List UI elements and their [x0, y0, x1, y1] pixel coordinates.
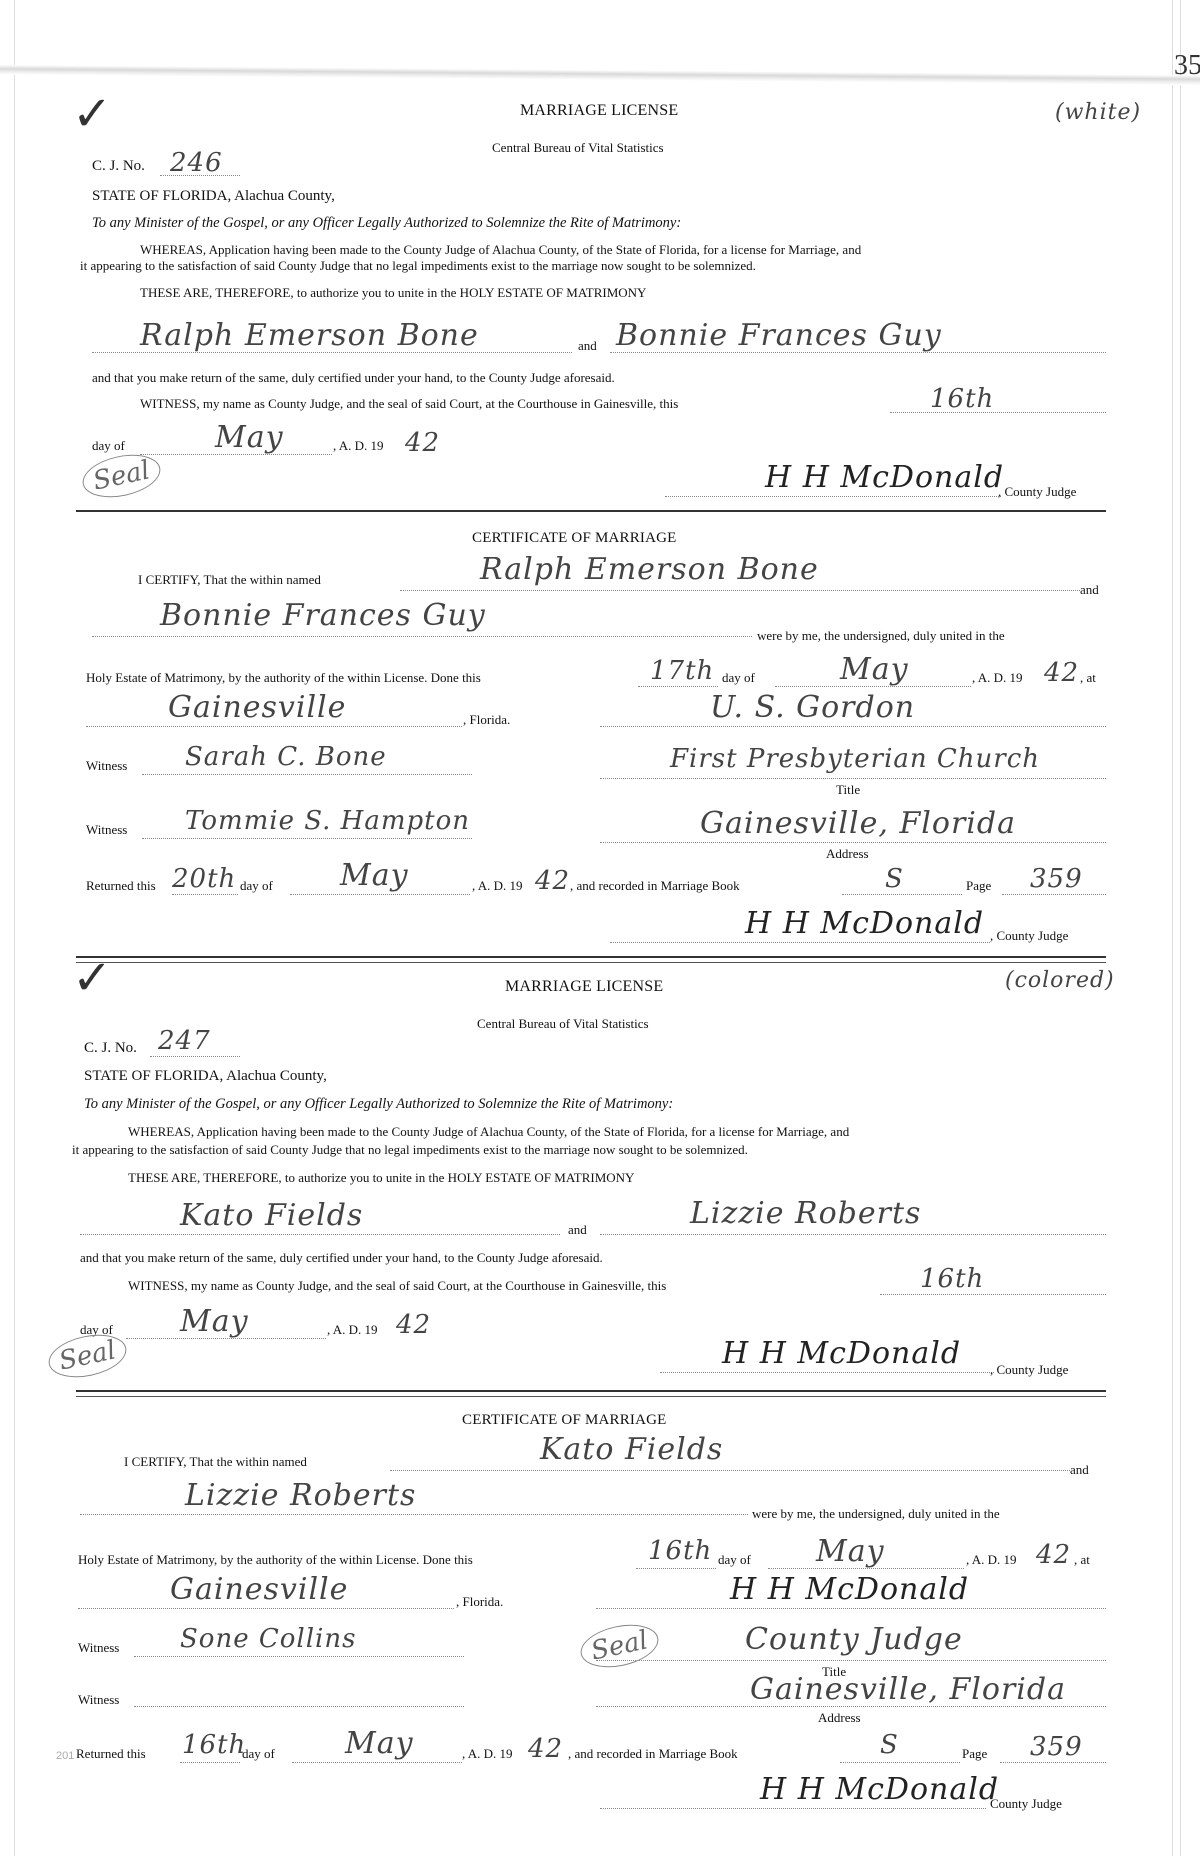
officiant-name: U. S. Gordon	[710, 690, 915, 725]
witness-1-name: Sarah C. Bone	[185, 742, 387, 772]
cert-month: May	[840, 652, 909, 687]
address-label: Address	[818, 1710, 861, 1726]
recorded-label: , and recorded in Marriage Book	[568, 1746, 738, 1762]
checkmark-icon: ✓	[72, 86, 112, 142]
witness-line: WITNESS, my name as County Judge, and th…	[140, 396, 678, 412]
page-label: Page	[966, 878, 991, 894]
divider	[76, 1396, 1106, 1397]
returned-label: Returned this	[76, 1746, 146, 1762]
watermark-text: 201	[56, 1750, 74, 1762]
seal-mark: Seal	[79, 448, 165, 504]
license-bride-name: Bonnie Frances Guy	[616, 318, 942, 353]
certificate-title: CERTIFICATE OF MARRIAGE	[462, 1412, 667, 1429]
scan-margin-line	[1172, 0, 1173, 1856]
witness-label: Witness	[86, 822, 127, 838]
county-judge-label: , County Judge	[998, 484, 1076, 500]
day-of-label: day of	[240, 878, 273, 894]
checkmark-icon: ✓	[72, 950, 112, 1006]
license-year: 42	[396, 1310, 431, 1340]
cert-month: May	[816, 1534, 885, 1569]
record-divider	[76, 962, 1106, 963]
page-label: Page	[962, 1746, 987, 1762]
cj-label: C. J. No.	[84, 1040, 137, 1057]
seal-mark: Seal	[45, 1328, 131, 1384]
day-of-label: day of	[242, 1746, 275, 1762]
officiant-address: Gainesville, Florida	[700, 806, 1016, 841]
returned-label: Returned this	[86, 878, 156, 894]
witness-1-name: Sone Collins	[180, 1624, 356, 1654]
license-year: 42	[405, 428, 440, 458]
and-label: and	[568, 1222, 587, 1238]
page-number: 35	[1174, 50, 1200, 82]
license-title: MARRIAGE LICENSE	[505, 978, 663, 996]
license-day: 16th	[930, 384, 994, 414]
returned-month: May	[345, 1726, 414, 1761]
cj-number: 246	[170, 148, 223, 178]
state-line: STATE OF FLORIDA, Alachua County,	[84, 1068, 327, 1085]
done-day: 16th	[648, 1536, 712, 1566]
officiant-title: First Presbyterian Church	[670, 744, 1040, 774]
and-label: and	[578, 338, 597, 354]
witness-2-name: Tommie S. Hampton	[185, 806, 470, 836]
scan-margin-line	[1180, 0, 1181, 1856]
judge-signature: H H McDonald	[760, 1772, 999, 1807]
witness-label: Witness	[78, 1640, 119, 1656]
cj-label: C. J. No.	[92, 158, 145, 175]
cert-bride-name: Lizzie Roberts	[185, 1478, 416, 1513]
county-judge-label: , County Judge	[990, 1362, 1068, 1378]
license-title: MARRIAGE LICENSE	[520, 102, 678, 120]
recorded-label: , and recorded in Marriage Book	[570, 878, 740, 894]
race-note: (colored)	[1005, 968, 1115, 993]
marriage-book: S	[885, 864, 904, 894]
seal-mark: Seal	[577, 1618, 663, 1674]
county-judge-label: County Judge	[990, 1796, 1062, 1812]
witness-label: Witness	[86, 758, 127, 774]
cert-bride-name: Bonnie Frances Guy	[160, 598, 486, 633]
returned-year: 42	[535, 866, 570, 896]
title-label: Title	[836, 782, 860, 798]
scan-fold-band	[0, 65, 1200, 85]
certify-label: I CERTIFY, That the within named	[138, 572, 321, 588]
scan-margin-line	[14, 0, 15, 1856]
county-judge-label: , County Judge	[990, 928, 1068, 944]
judge-signature: H H McDonald	[722, 1336, 961, 1371]
and-label: and	[1080, 582, 1099, 598]
ad-label: , A. D. 19	[333, 438, 384, 454]
license-month: May	[215, 420, 284, 455]
holy-estate-label: Holy Estate of Matrimony, by the authori…	[78, 1552, 473, 1568]
address-line: To any Minister of the Gospel, or any Of…	[92, 215, 681, 232]
returned-month: May	[340, 858, 409, 893]
day-of-label: day of	[722, 670, 755, 686]
cert-year: 42	[1044, 658, 1079, 688]
certify-label: I CERTIFY, That the within named	[124, 1454, 307, 1470]
whereas-line-1: WHEREAS, Application having been made to…	[140, 242, 861, 258]
cert-groom-name: Kato Fields	[540, 1432, 723, 1467]
cert-place: Gainesville	[170, 1572, 348, 1607]
at-label: , at	[1080, 670, 1096, 686]
these-are-line: THESE ARE, THEREFORE, to authorize you t…	[140, 285, 646, 301]
day-of-label: day of	[718, 1552, 751, 1568]
whereas-line-2: it appearing to the satisfaction of said…	[72, 1142, 748, 1158]
license-subtitle: Central Bureau of Vital Statistics	[492, 140, 664, 156]
and-label: and	[1070, 1462, 1089, 1478]
done-day: 17th	[650, 656, 714, 686]
whereas-line-2: it appearing to the satisfaction of said…	[80, 258, 756, 274]
ad-label: , A. D. 19	[966, 1552, 1017, 1568]
book-page: 359	[1030, 864, 1083, 894]
divider	[76, 510, 1106, 512]
returned-day: 16th	[182, 1730, 246, 1760]
florida-label: , Florida.	[456, 1594, 503, 1610]
record-divider	[76, 956, 1106, 958]
ad-label: , A. D. 19	[972, 670, 1023, 686]
ad-label: , A. D. 19	[462, 1746, 513, 1762]
day-of-label: day of	[92, 438, 125, 454]
florida-label: , Florida.	[463, 712, 510, 728]
returned-day: 20th	[172, 864, 236, 894]
race-note: (white)	[1055, 100, 1141, 125]
ad-label: , A. D. 19	[327, 1322, 378, 1338]
certificate-title: CERTIFICATE OF MARRIAGE	[472, 530, 677, 547]
officiant-title: County Judge	[745, 1622, 963, 1657]
united-label: were by me, the undersigned, duly united…	[757, 628, 1005, 644]
license-month: May	[180, 1304, 249, 1339]
license-groom-name: Kato Fields	[180, 1198, 363, 1233]
holy-estate-label: Holy Estate of Matrimony, by the authori…	[86, 670, 481, 686]
at-label: , at	[1074, 1552, 1090, 1568]
judge-signature: H H McDonald	[745, 906, 984, 941]
cert-place: Gainesville	[168, 690, 346, 725]
cert-groom-name: Ralph Emerson Bone	[480, 552, 819, 587]
license-subtitle: Central Bureau of Vital Statistics	[477, 1016, 649, 1032]
judge-signature: H H McDonald	[765, 460, 1004, 495]
cert-year: 42	[1036, 1540, 1071, 1570]
address-line: To any Minister of the Gospel, or any Of…	[84, 1096, 673, 1113]
return-line: and that you make return of the same, du…	[92, 370, 615, 386]
witness-label: Witness	[78, 1692, 119, 1708]
ad-label: , A. D. 19	[472, 878, 523, 894]
witness-line: WITNESS, my name as County Judge, and th…	[128, 1278, 666, 1294]
returned-year: 42	[528, 1734, 563, 1764]
license-groom-name: Ralph Emerson Bone	[140, 318, 479, 353]
cj-number: 247	[158, 1026, 211, 1056]
officiant-name: H H McDonald	[730, 1572, 969, 1607]
license-day: 16th	[920, 1264, 984, 1294]
these-are-line: THESE ARE, THEREFORE, to authorize you t…	[128, 1170, 634, 1186]
address-label: Address	[826, 846, 869, 862]
return-line: and that you make return of the same, du…	[80, 1250, 603, 1266]
divider	[76, 1390, 1106, 1392]
book-page: 359	[1030, 1732, 1083, 1762]
whereas-line-1: WHEREAS, Application having been made to…	[128, 1124, 849, 1140]
state-line: STATE OF FLORIDA, Alachua County,	[92, 188, 335, 205]
united-label: were by me, the undersigned, duly united…	[752, 1506, 1000, 1522]
license-bride-name: Lizzie Roberts	[690, 1196, 921, 1231]
marriage-book: S	[880, 1730, 899, 1760]
officiant-address: Gainesville, Florida	[750, 1672, 1066, 1707]
